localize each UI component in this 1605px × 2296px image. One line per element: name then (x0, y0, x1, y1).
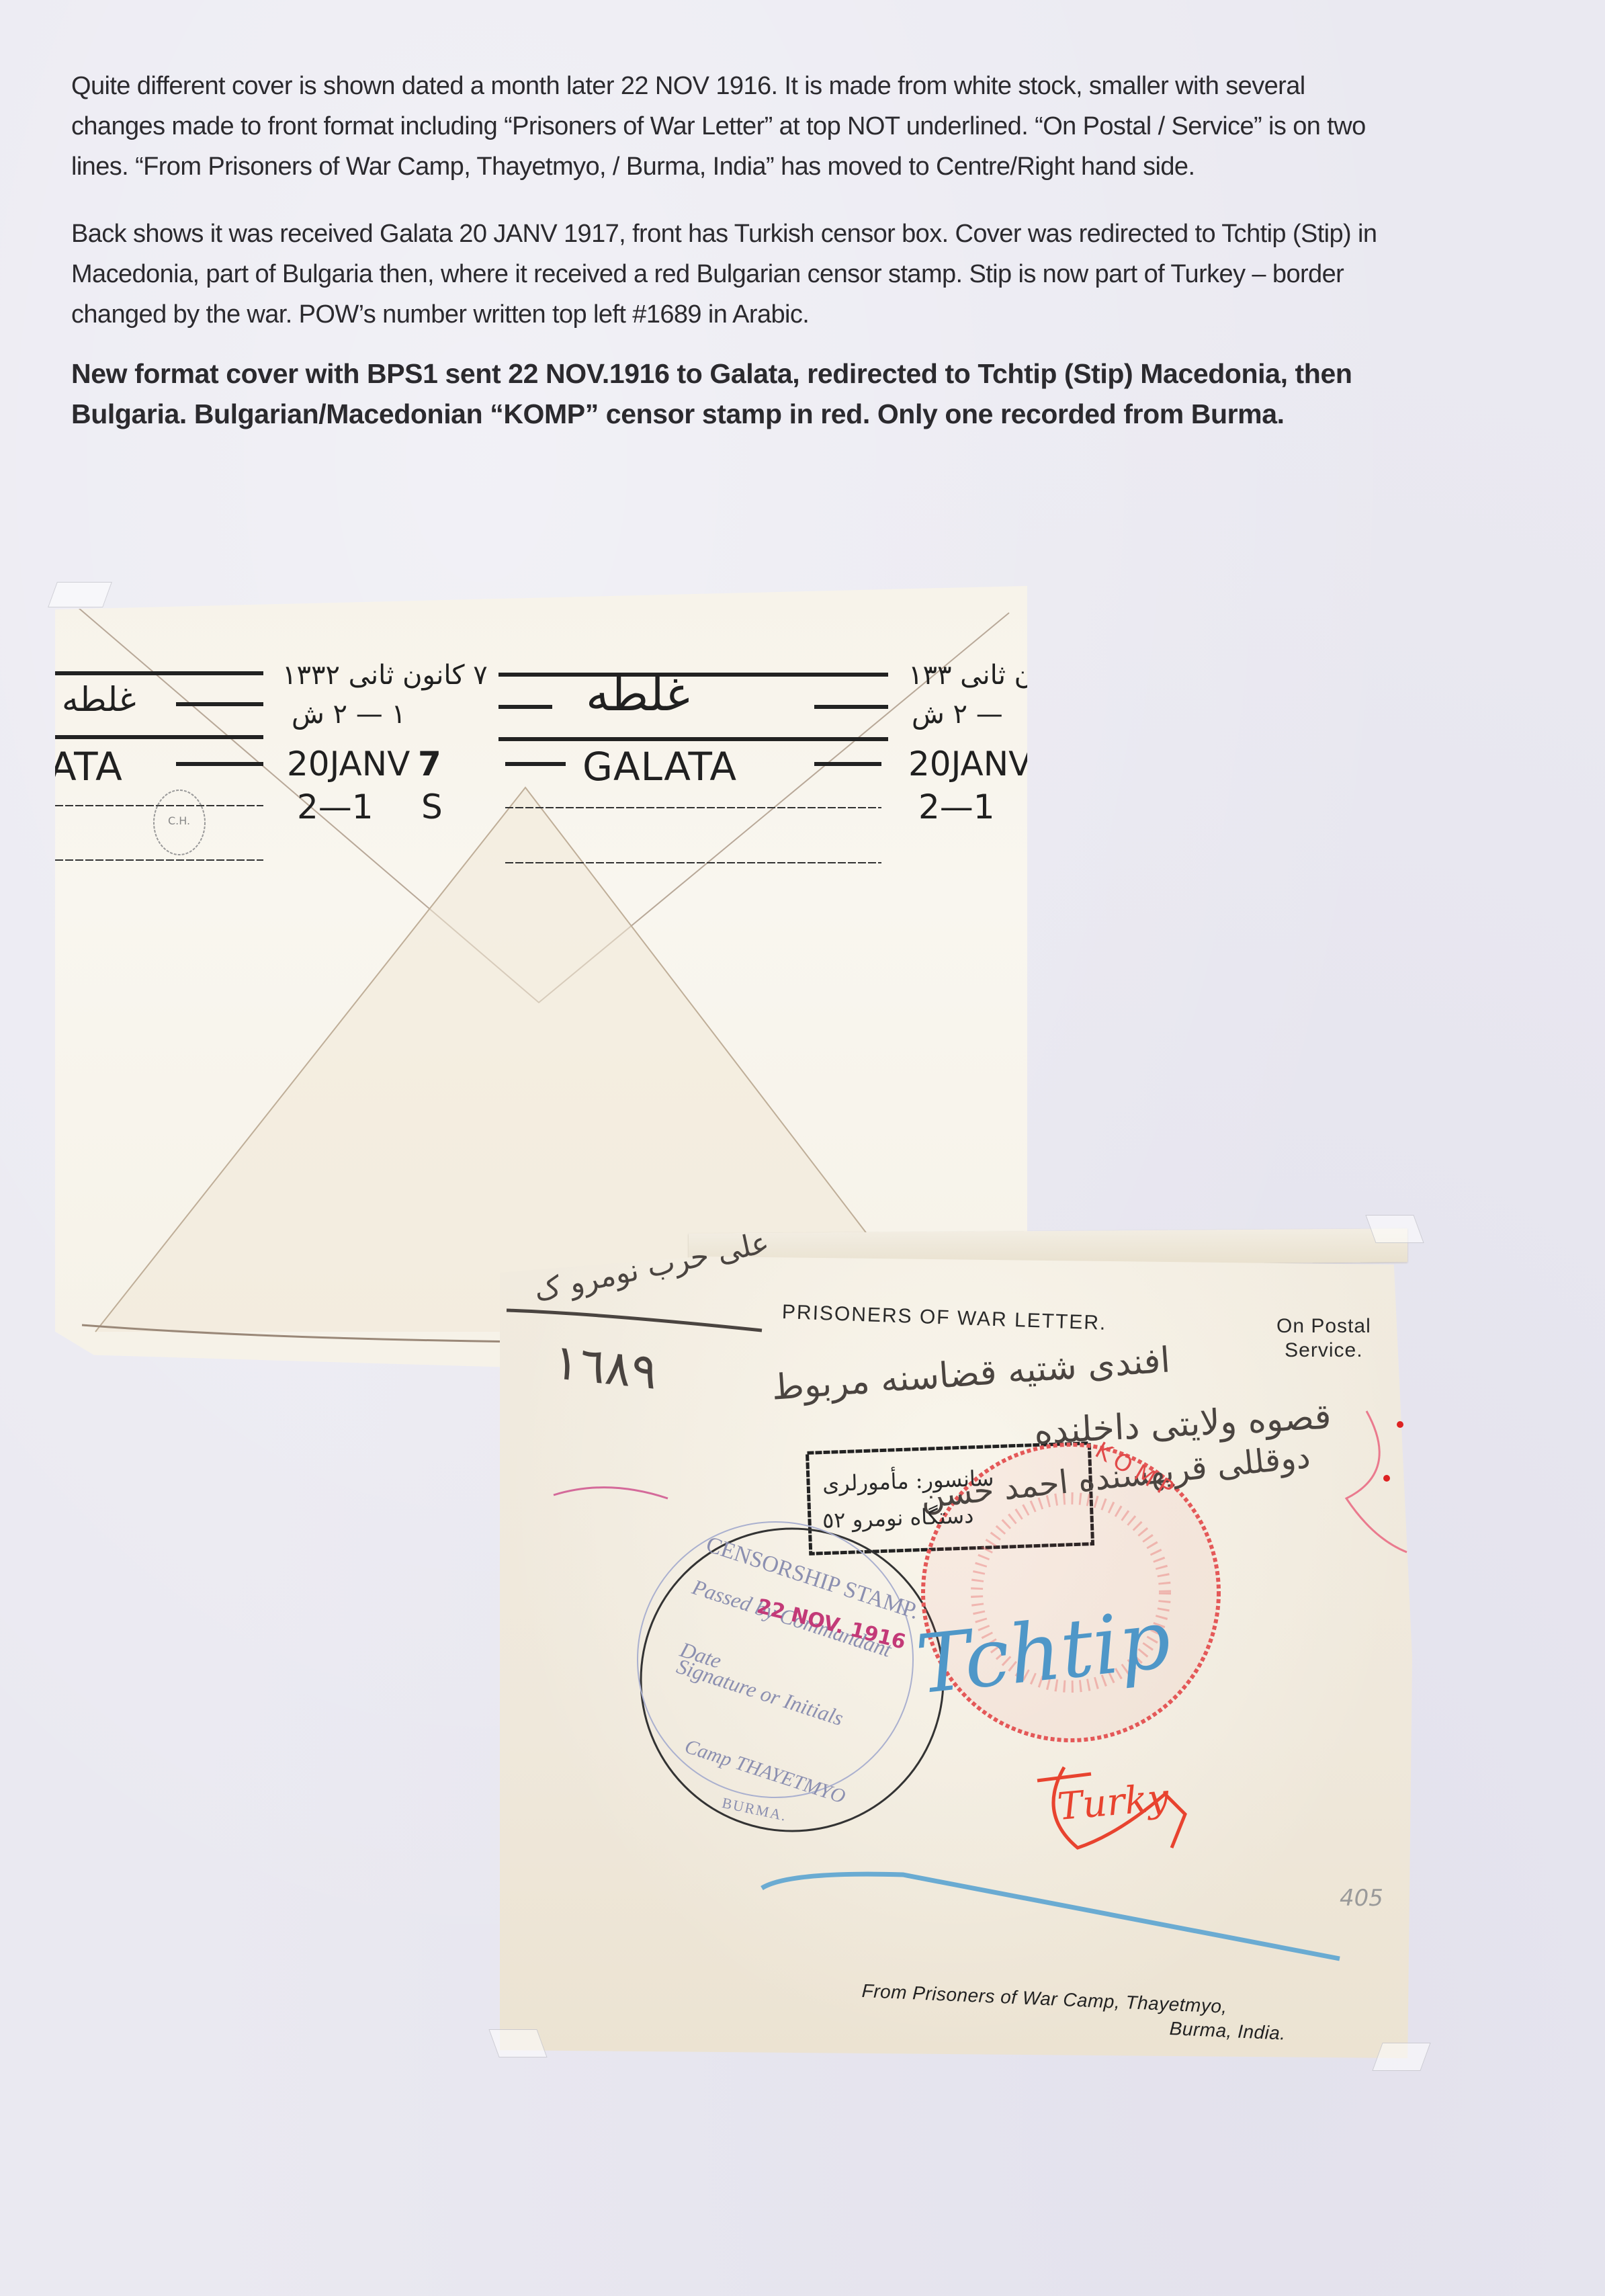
summary-line: New format cover with BPS1 sent 22 NOV.1… (71, 353, 1583, 394)
postmark-left-latin: ATA (55, 744, 123, 790)
summary-line: Bulgaria. Bulgarian/Macedonian “KOMP” ce… (71, 394, 1583, 434)
description-paragraph-2: Back shows it was received Galata 20 JAN… (71, 214, 1583, 335)
description-line: lines. “From Prisoners of War Camp, Thay… (71, 146, 1583, 187)
postmark-left-arabic-time: ١ — ٢ ش (292, 699, 406, 730)
postmark-left-time: 2—1 (297, 788, 374, 826)
postmark-right-time: 2—1 (918, 788, 995, 826)
description-line: changed by the war. POW’s number written… (71, 294, 1583, 335)
postmark-left-arabic-date: ٧ كانون ثانى ١٣٣٢ (282, 660, 488, 691)
postmark-left-arabic: غلطه (62, 680, 136, 719)
postmark-left-year: 7 (418, 745, 441, 783)
postmark-left-letter: S (421, 788, 443, 826)
description-line: changes made to front format including “… (71, 106, 1583, 146)
description-line: Back shows it was received Galata 20 JAN… (71, 214, 1583, 254)
cover-front-content: على حرب نومرو ک PRISONERS OF WAR LETTER.… (500, 1257, 1412, 2058)
postmark-right-arabic-date: ون ثانى ١٣٣ (908, 660, 1027, 691)
postmark-left-date: 20JANV (287, 745, 410, 783)
pencil-note: 405 (1340, 1885, 1383, 1912)
on-postal-line-1: On Postal (1276, 1314, 1371, 1338)
photo-mount-corner (1365, 1215, 1424, 1243)
postmark-right-arabic-time: — ٢ ش (912, 699, 1003, 730)
pow-number-arabic: ١٦٨٩ (551, 1333, 660, 1400)
on-postal-service: On Postal Service. (1276, 1314, 1371, 1363)
description-line: Quite different cover is shown dated a m… (71, 66, 1583, 106)
on-postal-line-2: Service. (1276, 1338, 1371, 1363)
postmark-center-arabic: غلطه (586, 667, 690, 722)
small-round-mark: C.H. (168, 814, 190, 827)
postmark-right-date: 20JANV (908, 745, 1027, 783)
description-line: Macedonia, part of Bulgaria then, where … (71, 254, 1583, 294)
postmark-center-latin: GALATA (582, 744, 737, 790)
turkish-censor-line-2: دستگاه نومرو ٥٢ (822, 1502, 974, 1533)
summary-paragraph: New format cover with BPS1 sent 22 NOV.1… (71, 353, 1583, 434)
description-paragraph-1: Quite different cover is shown dated a m… (71, 66, 1583, 187)
photo-mount-corner (48, 582, 112, 607)
